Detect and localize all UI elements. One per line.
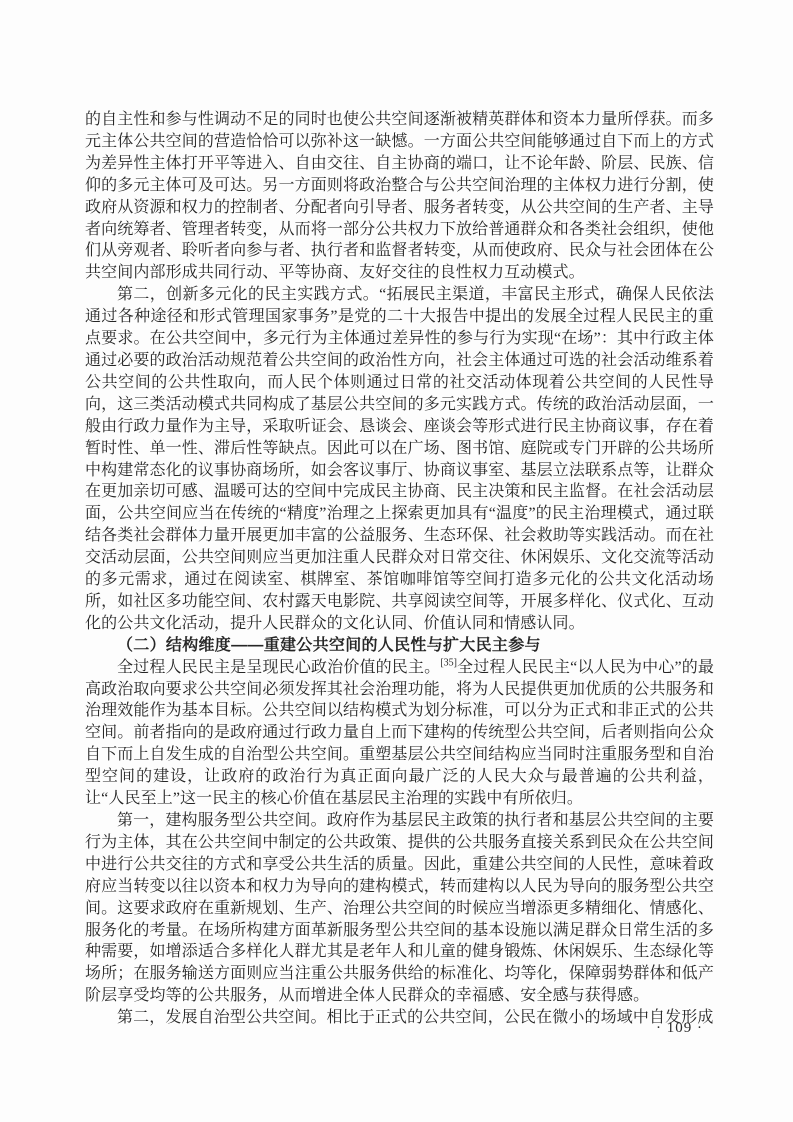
section-heading-structure-dimension: （二）结构维度——重建公共空间的人民性与扩大民主参与 <box>85 635 714 657</box>
paragraph-continuation: 的自主性和参与性调动不足的同时也使公共空间逐渐被精英群体和资本力量所俘获。而多元… <box>85 109 714 284</box>
page-number: · 109 · <box>656 1020 703 1037</box>
paragraph-structure-dimension: 全过程人民民主是呈现民心政治价值的民主。[35]全过程人民民主“以人民为中心”的… <box>85 657 714 810</box>
paragraph-autonomous-type-space: 第二，发展自治型公共空间。相比于正式的公共空间，公民在微小的场域中自发形成 <box>85 1007 714 1029</box>
paragraph-democratic-practice: 第二，创新多元化的民主实践方式。“拓展民主渠道，丰富民主形式，确保人民依法通过各… <box>85 284 714 635</box>
footnote-ref-35: [35] <box>440 657 457 668</box>
paragraph-service-type-space: 第一，建构服务型公共空间。政府作为基层民主政策的执行者和基层公共空间的主要行为主… <box>85 810 714 1007</box>
page-body: 的自主性和参与性调动不足的同时也使公共空间逐渐被精英群体和资本力量所俘获。而多元… <box>85 109 714 1029</box>
structure-text-before-footnote: 全过程人民民主是呈现民心政治价值的民主。 <box>117 659 440 676</box>
paper-page: 的自主性和参与性调动不足的同时也使公共空间逐渐被精英群体和资本力量所俘获。而多元… <box>0 0 793 1122</box>
structure-text-after-footnote: 全过程人民民主“以人民为中心”的最高政治取向要求公共空间必须发挥其社会治理功能，… <box>85 659 714 807</box>
